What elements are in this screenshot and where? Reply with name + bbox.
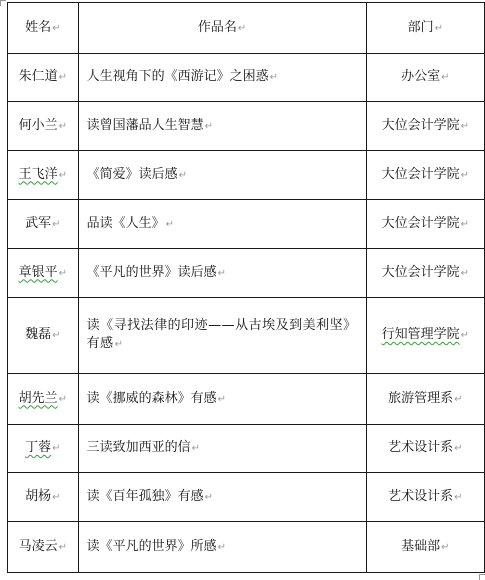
work-text: 读《挪威的森林》有感	[87, 391, 217, 406]
cell-name[interactable]: 胡先兰↵	[8, 374, 79, 425]
table-row: 丁蓉↵ 三读致加西亚的信↵ 艺术设计系↵	[8, 425, 485, 473]
cell-dept[interactable]: 行知管理学院↵	[366, 298, 484, 374]
cell-name[interactable]: 何小兰↵	[8, 102, 79, 151]
cell-work[interactable]: 人生视角下的《西游记》之困惑↵	[78, 54, 366, 102]
cell-dept[interactable]: 大位会计学院↵	[366, 249, 484, 298]
work-text: 读《平凡的世界》所感	[87, 539, 217, 554]
cell-work[interactable]: 读《寻找法律的印迹——从古埃及到美利坚》有感↵	[78, 298, 366, 374]
cell-name[interactable]: 朱仁道↵	[8, 54, 79, 102]
dept-text: 基础部	[401, 539, 440, 554]
cell-work[interactable]: 《平凡的世界》读后感↵	[78, 249, 366, 298]
cell-dept[interactable]: 基础部↵	[366, 522, 484, 573]
works-table: 姓名↵ 作品名↵ 部门↵ 朱仁道↵ 人生视角下的《西游记》之困惑↵ 办公室↵ 何…	[7, 2, 485, 573]
table-row: 章银平↵ 《平凡的世界》读后感↵ 大位会计学院↵	[8, 249, 485, 298]
paragraph-mark-icon: ↵	[461, 219, 469, 230]
table-row: 马凌云↵ 读《平凡的世界》所感↵ 基础部↵	[8, 522, 485, 573]
dept-text: 艺术设计系	[388, 440, 453, 455]
cell-name[interactable]: 魏磊↵	[8, 298, 79, 374]
name-text: 何小兰	[19, 118, 58, 133]
paragraph-mark-icon: ↵	[52, 443, 60, 454]
dept-text: 艺术设计系	[388, 489, 453, 504]
paragraph-mark-icon: ↵	[52, 219, 60, 230]
paragraph-mark-icon: ↵	[454, 443, 462, 454]
name-text: 马凌云	[19, 539, 58, 554]
name-text: 丁蓉	[25, 440, 51, 455]
paragraph-mark-icon: ↵	[115, 339, 123, 350]
cell-work[interactable]: 读《百年孤独》有感↵	[78, 473, 366, 522]
paragraph-mark-icon: ↵	[218, 542, 226, 553]
cell-dept[interactable]: 艺术设计系↵	[366, 425, 484, 473]
paragraph-mark-icon: ↵	[205, 121, 213, 132]
paragraph-mark-icon: ↵	[59, 72, 67, 83]
name-text: 胡杨	[25, 489, 51, 504]
cell-dept[interactable]: 旅游管理系↵	[366, 374, 484, 425]
work-text: 读《百年孤独》有感	[87, 489, 204, 504]
paragraph-mark-icon: ↵	[59, 268, 67, 279]
name-text: 武军	[25, 216, 51, 231]
paragraph-mark-icon: ↵	[59, 394, 67, 405]
cell-work[interactable]: 读曾国藩品人生智慧↵	[78, 102, 366, 151]
table-row: 魏磊↵ 读《寻找法律的印迹——从古埃及到美利坚》有感↵ 行知管理学院↵	[8, 298, 485, 374]
cell-dept[interactable]: 办公室↵	[366, 54, 484, 102]
paragraph-mark-icon: ↵	[52, 330, 60, 341]
cell-work[interactable]: 读《平凡的世界》所感↵	[78, 522, 366, 573]
paragraph-mark-icon: ↵	[59, 121, 67, 132]
header-dept[interactable]: 部门↵	[366, 3, 484, 54]
paragraph-mark-icon: ↵	[179, 170, 187, 181]
cell-dept[interactable]: 大位会计学院↵	[366, 200, 484, 249]
paragraph-mark-icon: ↵	[59, 542, 67, 553]
paragraph-mark-icon: ↵	[205, 492, 213, 503]
work-text: 人生视角下的《西游记》之困惑	[87, 69, 269, 84]
header-work[interactable]: 作品名↵	[78, 3, 366, 54]
paragraph-mark-icon: ↵	[454, 394, 462, 405]
cell-name[interactable]: 马凌云↵	[8, 522, 79, 573]
work-text: 《平凡的世界》读后感	[87, 265, 217, 280]
cell-dept[interactable]: 艺术设计系↵	[366, 473, 484, 522]
work-text: 读《寻找法律的印迹——从古埃及到美利坚》有感	[87, 318, 357, 351]
dept-text: 旅游管理系	[388, 391, 453, 406]
header-work-label: 作品名	[198, 20, 237, 35]
dept-text: 行知管理学院	[382, 327, 460, 342]
paragraph-mark-icon: ↵	[461, 170, 469, 181]
cell-name[interactable]: 王飞洋↵	[8, 151, 79, 200]
cell-work[interactable]: 《简爱》读后感↵	[78, 151, 366, 200]
paragraph-mark-icon: ↵	[270, 72, 278, 83]
work-text: 品读《人生》	[87, 216, 165, 231]
paragraph-mark-icon: ↵	[166, 219, 174, 230]
header-name-label: 姓名	[25, 20, 51, 35]
table-row: 王飞洋↵ 《简爱》读后感↵ 大位会计学院↵	[8, 151, 485, 200]
name-text: 章银平	[19, 265, 58, 280]
table-header-row: 姓名↵ 作品名↵ 部门↵	[8, 3, 485, 54]
dept-text: 大位会计学院	[382, 216, 460, 231]
paragraph-mark-icon: ↵	[238, 23, 246, 34]
paragraph-mark-icon: ↵	[218, 268, 226, 279]
work-text: 读曾国藩品人生智慧	[87, 118, 204, 133]
table-row: 朱仁道↵ 人生视角下的《西游记》之困惑↵ 办公室↵	[8, 54, 485, 102]
name-text: 魏磊	[25, 327, 51, 342]
paragraph-mark-icon: ↵	[461, 268, 469, 279]
work-text: 《简爱》读后感	[87, 167, 178, 182]
paragraph-mark-icon: ↵	[435, 23, 443, 34]
table-corner-marker	[0, 0, 6, 6]
table-resize-handle[interactable]	[479, 574, 485, 580]
cell-name[interactable]: 武军↵	[8, 200, 79, 249]
table-row: 武军↵ 品读《人生》↵ 大位会计学院↵	[8, 200, 485, 249]
paragraph-mark-icon: ↵	[52, 492, 60, 503]
cell-name[interactable]: 章银平↵	[8, 249, 79, 298]
paragraph-mark-icon: ↵	[454, 492, 462, 503]
name-text: 朱仁道	[19, 69, 58, 84]
name-text: 王飞洋	[19, 167, 58, 182]
dept-text: 办公室	[401, 69, 440, 84]
dept-text: 大位会计学院	[382, 265, 460, 280]
table-row: 胡杨↵ 读《百年孤独》有感↵ 艺术设计系↵	[8, 473, 485, 522]
header-dept-label: 部门	[408, 20, 434, 35]
cell-work[interactable]: 品读《人生》↵	[78, 200, 366, 249]
paragraph-mark-icon: ↵	[441, 542, 449, 553]
table-row: 何小兰↵ 读曾国藩品人生智慧↵ 大位会计学院↵	[8, 102, 485, 151]
table-row: 胡先兰↵ 读《挪威的森林》有感↵ 旅游管理系↵	[8, 374, 485, 425]
paragraph-mark-icon: ↵	[441, 72, 449, 83]
cell-dept[interactable]: 大位会计学院↵	[366, 102, 484, 151]
dept-text: 大位会计学院	[382, 118, 460, 133]
paragraph-mark-icon: ↵	[59, 170, 67, 181]
header-name[interactable]: 姓名↵	[8, 3, 79, 54]
paragraph-mark-icon: ↵	[52, 23, 60, 34]
dept-text: 大位会计学院	[382, 167, 460, 182]
paragraph-mark-icon: ↵	[218, 394, 226, 405]
cell-work[interactable]: 读《挪威的森林》有感↵	[78, 374, 366, 425]
work-text: 三读致加西亚的信	[87, 440, 191, 455]
paragraph-mark-icon: ↵	[461, 330, 469, 341]
paragraph-mark-icon: ↵	[461, 121, 469, 132]
cell-dept[interactable]: 大位会计学院↵	[366, 151, 484, 200]
paragraph-mark-icon: ↵	[192, 443, 200, 454]
cell-name[interactable]: 胡杨↵	[8, 473, 79, 522]
cell-name[interactable]: 丁蓉↵	[8, 425, 79, 473]
cell-work[interactable]: 三读致加西亚的信↵	[78, 425, 366, 473]
name-text: 胡先兰	[19, 391, 58, 406]
